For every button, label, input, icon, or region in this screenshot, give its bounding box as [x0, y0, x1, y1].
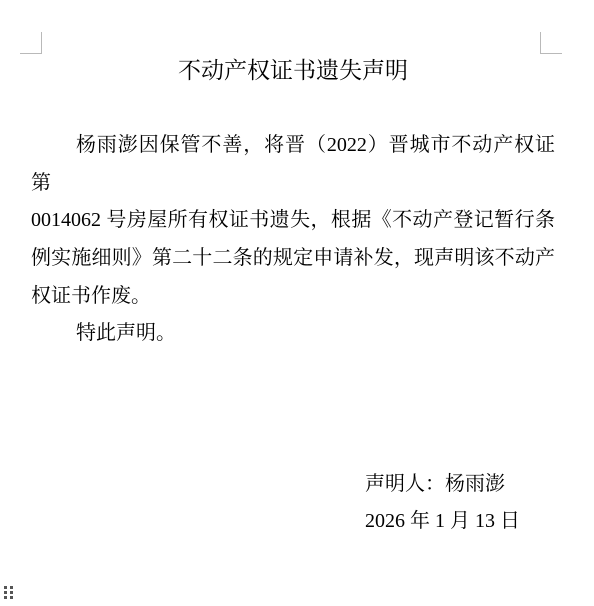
paragraph-line: 杨雨澎因保管不善，将晋（2022）晋城市不动产权证第	[31, 127, 555, 202]
dot	[4, 591, 7, 594]
paragraph-line: 0014062 号房屋所有权证书遗失，根据《不动产登记暂行条	[31, 202, 555, 240]
document-title: 不动产权证书遗失声明	[31, 52, 555, 90]
text-boundary-corner-icon	[20, 32, 42, 54]
paragraph-line: 例实施细则》第二十二条的规定申请补发，现声明该不动产	[31, 240, 555, 278]
closing-line: 特此声明。	[31, 315, 555, 353]
paragraph-line: 权证书作废。	[31, 278, 555, 316]
dot	[4, 596, 7, 599]
document-content: 不动产权证书遗失声明 杨雨澎因保管不善，将晋（2022）晋城市不动产权证第 00…	[31, 52, 555, 541]
signature-name: 声明人：杨雨澎	[365, 466, 555, 504]
dot	[4, 586, 7, 589]
document-page: { "page": { "background_color": "#ffffff…	[0, 0, 594, 606]
drag-handle-dots-icon[interactable]	[4, 586, 13, 599]
document-body: 杨雨澎因保管不善，将晋（2022）晋城市不动产权证第 0014062 号房屋所有…	[31, 127, 555, 541]
signature-block: 声明人：杨雨澎 2026 年 1 月 13 日	[365, 466, 555, 541]
dot	[10, 596, 13, 599]
dot	[10, 586, 13, 589]
signature-date: 2026 年 1 月 13 日	[365, 503, 555, 541]
dot	[10, 591, 13, 594]
text-boundary-corner-icon	[540, 32, 562, 54]
